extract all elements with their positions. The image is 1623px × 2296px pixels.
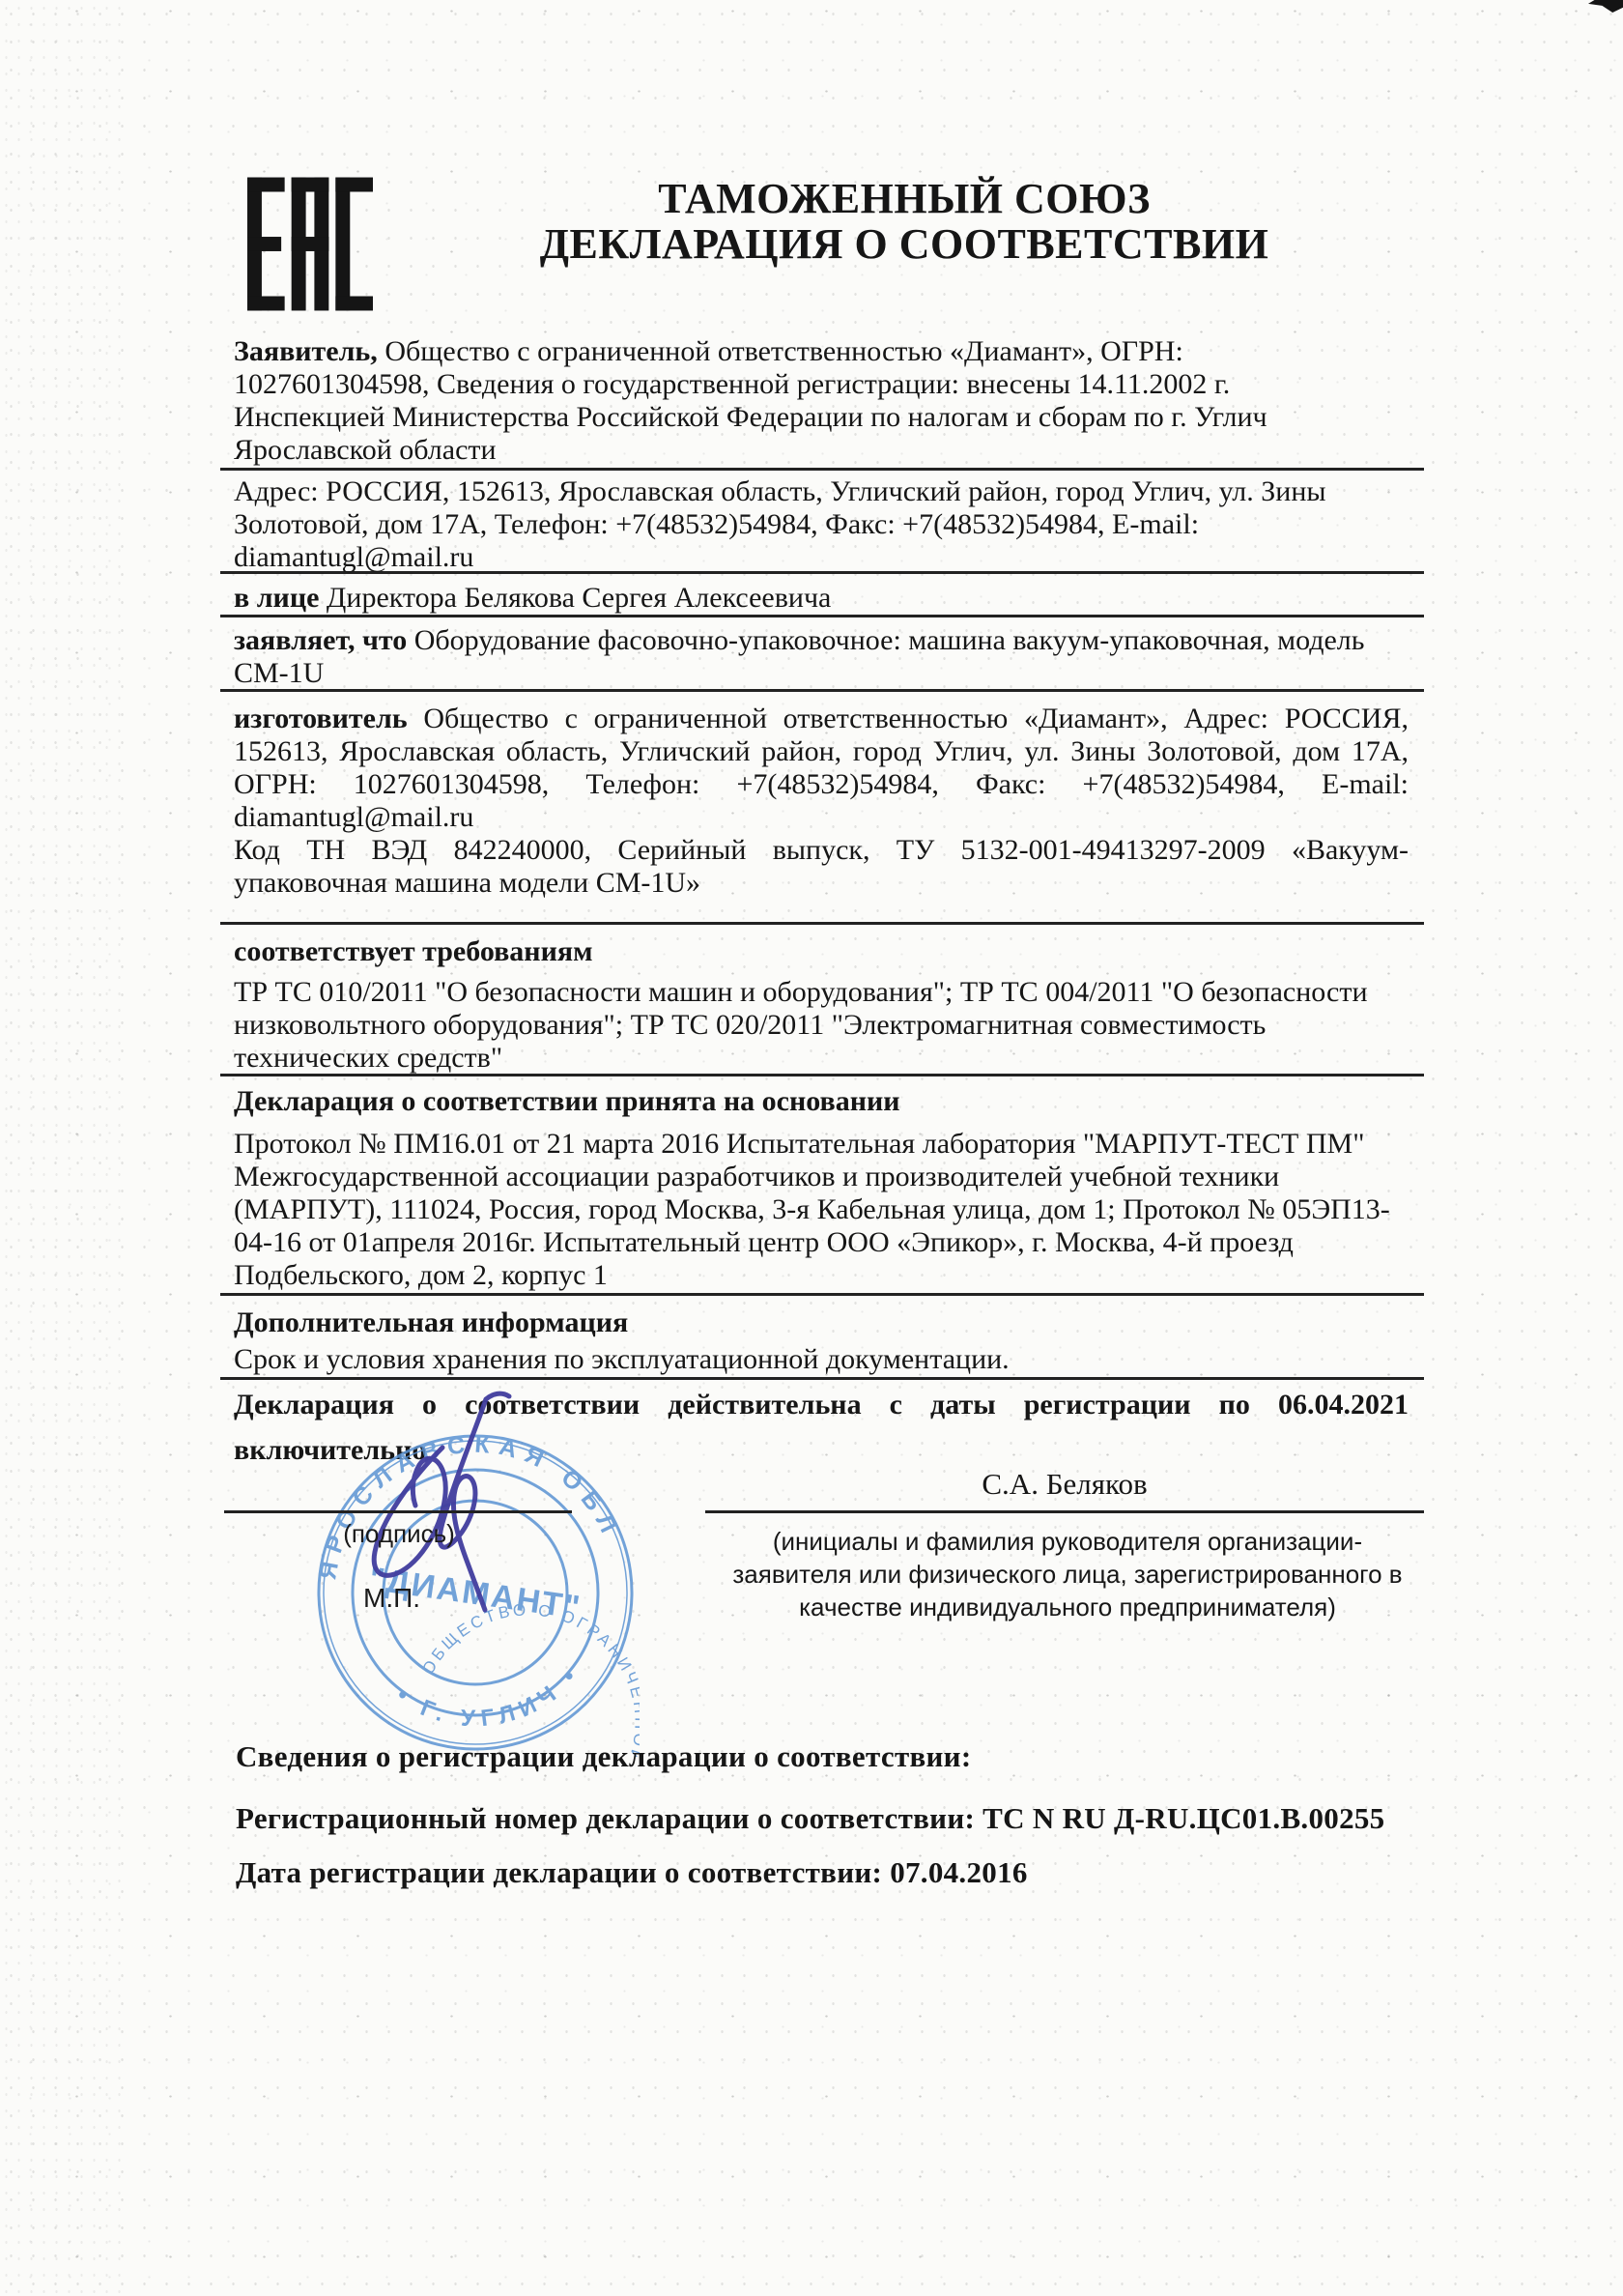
applicant-paragraph: Заявитель, Общество с ограниченной ответ… (234, 335, 1409, 467)
signature-line-left (224, 1510, 572, 1513)
head-name: С.А. Беляков (705, 1467, 1424, 1502)
declares-label: заявляет, что (234, 624, 407, 656)
registration-date-line: Дата регистрации декларации о соответств… (236, 1855, 1028, 1890)
registration-number-value: ТС N RU Д-RU.ЦС01.В.00255 (982, 1801, 1384, 1835)
manufacturer-section: изготовитель Общество с ограниченной отв… (220, 695, 1424, 925)
basis-section: Декларация о соответствии принята на осн… (220, 1079, 1424, 1296)
in-person-section: в лице Директора Белякова Сергея Алексее… (220, 577, 1424, 617)
head-caption-line-2: заявителя или физического лица, зарегист… (657, 1558, 1478, 1591)
handwritten-signature (319, 1390, 589, 1626)
signature-caption: (подпись) (327, 1519, 471, 1549)
scan-artifact-corner (1588, 0, 1623, 13)
additional-info-header: Дополнительная информация (234, 1306, 1409, 1339)
complies-text: ТР ТС 010/2011 "О безопасности машин и о… (234, 976, 1409, 1075)
title-line-2: ДЕКЛАРАЦИЯ О СООТВЕТСТВИИ (228, 221, 1580, 267)
basis-header: Декларация о соответствии принята на осн… (234, 1085, 1409, 1118)
declares-section: заявляет, что Оборудование фасовочно-упа… (220, 620, 1424, 692)
complies-header: соответствует требованиям (234, 935, 1409, 968)
in-person-label: в лице (234, 582, 319, 614)
applicant-label: Заявитель, (234, 335, 378, 367)
stamp-place-note: М.П. (363, 1583, 420, 1614)
manufacturer-label: изготовитель (234, 703, 408, 734)
in-person-paragraph: в лице Директора Белякова Сергея Алексее… (234, 582, 1409, 615)
address-paragraph: Адрес: РОССИЯ, 152613, Ярославская облас… (234, 475, 1409, 574)
declares-paragraph: заявляет, что Оборудование фасовочно-упа… (234, 624, 1409, 690)
registration-number-line: Регистрационный номер декларации о соотв… (236, 1801, 1384, 1836)
manufacturer-paragraph: изготовитель Общество с ограниченной отв… (234, 703, 1409, 834)
svg-text:• Г. УГЛИЧ •: • Г. УГЛИЧ • (389, 1657, 592, 1744)
head-caption-line-1: (инициалы и фамилия руководителя организ… (657, 1525, 1478, 1558)
signature-line-right (705, 1510, 1424, 1513)
document-title: ТАМОЖЕННЫЙ СОЮЗ ДЕКЛАРАЦИЯ О СООТВЕТСТВИ… (228, 176, 1580, 267)
basis-text: Протокол № ПМ16.01 от 21 марта 2016 Испы… (234, 1128, 1409, 1292)
tn-ved-paragraph: Код ТН ВЭД 842240000, Серийный выпуск, Т… (234, 834, 1409, 900)
manufacturer-text: Общество с ограниченной ответственностью… (234, 703, 1409, 833)
additional-info-text: Срок и условия хранения по эксплуатацион… (234, 1343, 1409, 1376)
registration-date-label: Дата регистрации декларации о соответств… (236, 1855, 890, 1889)
registration-date-value: 07.04.2016 (890, 1855, 1028, 1889)
declaration-page: ТАМОЖЕННЫЙ СОЮЗ ДЕКЛАРАЦИЯ О СООТВЕТСТВИ… (0, 0, 1623, 2296)
additional-info-section: Дополнительная информация Срок и условия… (220, 1299, 1424, 1380)
complies-section: соответствует требованиям ТР ТС 010/2011… (220, 928, 1424, 1076)
in-person-text: Директора Белякова Сергея Алексеевича (319, 582, 831, 614)
registration-info-header: Сведения о регистрации декларации о соот… (236, 1739, 971, 1774)
stamp-ring-bottom-text: • Г. УГЛИЧ • (389, 1657, 592, 1744)
title-line-1: ТАМОЖЕННЫЙ СОЮЗ (228, 176, 1580, 221)
applicant-section: Заявитель, Общество с ограниченной ответ… (220, 333, 1424, 471)
address-section: Адрес: РОССИЯ, 152613, Ярославская облас… (220, 474, 1424, 574)
head-caption-line-3: качестве индивидуального предпринимателя… (657, 1591, 1478, 1623)
applicant-text: Общество с ограниченной ответственностью… (234, 335, 1267, 466)
registration-number-label: Регистрационный номер декларации о соотв… (236, 1801, 982, 1835)
scan-noise-left-band (0, 0, 126, 2296)
